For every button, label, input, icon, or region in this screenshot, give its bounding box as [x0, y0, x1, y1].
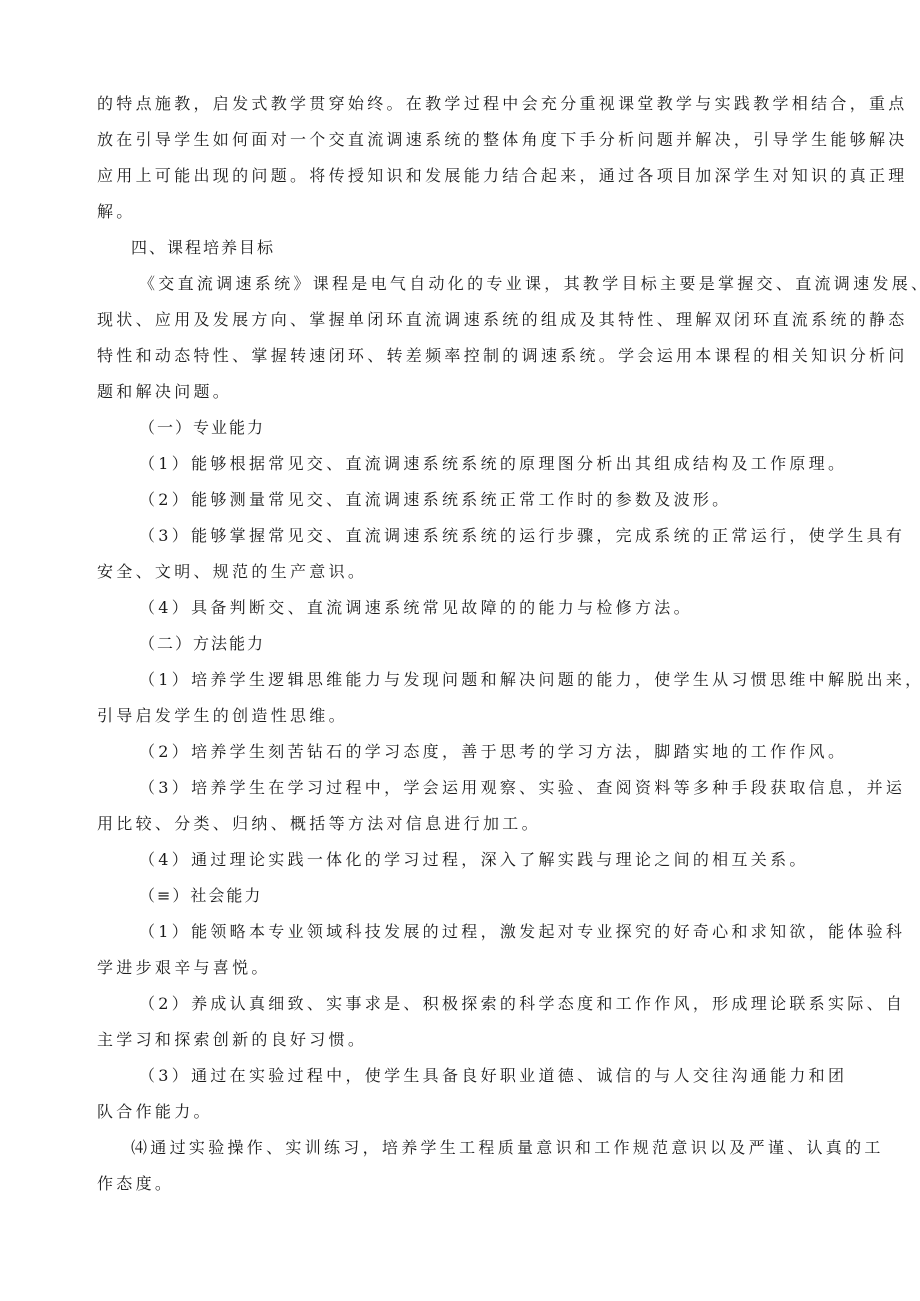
list-item-continuation: 学进步艰辛与喜悦。	[97, 950, 825, 986]
overview-line: 题和解决问题。	[97, 374, 825, 410]
list-item-continuation: 队合作能力。	[97, 1094, 825, 1130]
overview-line: 现状、应用及发展方向、掌握单闭环直流调速系统的组成及其特性、理解双闭环直流系统的…	[97, 302, 825, 338]
list-item-continuation: 引导启发学生的创造性思维。	[97, 698, 825, 734]
list-item: （1）培养学生逻辑思维能力与发现问题和解决问题的能力，使学生从习惯思维中解脱出来…	[97, 662, 825, 698]
overview-line: 《交直流调速系统》课程是电气自动化的专业课，其教学目标主要是掌握交、直流调速发展…	[97, 266, 825, 302]
list-item: （3）通过在实验过程中，使学生具备良好职业道德、诚信的与人交往沟通能力和团	[97, 1058, 825, 1094]
social-ability-title: （≡）社会能力	[97, 878, 825, 914]
section-title: 四、课程培养目标	[97, 230, 825, 266]
document-page: 的特点施教，启发式教学贯穿始终。在教学过程中会充分重视课堂教学与实践教学相结合，…	[97, 86, 825, 1202]
list-item-continuation: 安全、文明、规范的生产意识。	[97, 554, 825, 590]
list-item: （3）培养学生在学习过程中，学会运用观察、实验、查阅资料等多种手段获取信息，并运	[97, 770, 825, 806]
list-item-continuation: 主学习和探索创新的良好习惯。	[97, 1022, 825, 1058]
list-item: ⑷通过实验操作、实训练习，培养学生工程质量意识和工作规范意识以及严谨、认真的工	[97, 1130, 825, 1166]
list-item: （3）能够掌握常见交、直流调速系统系统的运行步骤，完成系统的正常运行，使学生具有	[97, 518, 825, 554]
list-item: （2）能够测量常见交、直流调速系统系统正常工作时的参数及波形。	[97, 482, 825, 518]
professional-ability-title: （一）专业能力	[97, 410, 825, 446]
intro-line: 解。	[97, 194, 825, 230]
intro-line: 的特点施教，启发式教学贯穿始终。在教学过程中会充分重视课堂教学与实践教学相结合，…	[97, 86, 825, 122]
overview-line: 特性和动态特性、掌握转速闭环、转差频率控制的调速系统。学会运用本课程的相关知识分…	[97, 338, 825, 374]
list-item-continuation: 作态度。	[97, 1166, 825, 1202]
list-item: （2）培养学生刻苦钻石的学习态度，善于思考的学习方法，脚踏实地的工作作风。	[97, 734, 825, 770]
list-item: （4）具备判断交、直流调速系统常见故障的的能力与检修方法。	[97, 590, 825, 626]
intro-line: 放在引导学生如何面对一个交直流调速系统的整体角度下手分析问题并解决，引导学生能够…	[97, 122, 825, 158]
list-item: （2）养成认真细致、实事求是、积极探索的科学态度和工作作风，形成理论联系实际、自	[97, 986, 825, 1022]
list-item-continuation: 用比较、分类、归纳、概括等方法对信息进行加工。	[97, 806, 825, 842]
list-item: （1）能够根据常见交、直流调速系统系统的原理图分析出其组成结构及工作原理。	[97, 446, 825, 482]
method-ability-title: （二）方法能力	[97, 626, 825, 662]
list-item: （1）能领略本专业领域科技发展的过程，激发起对专业探究的好奇心和求知欲，能体验科	[97, 914, 825, 950]
list-item: （4）通过理论实践一体化的学习过程，深入了解实践与理论之间的相互关系。	[97, 842, 825, 878]
intro-line: 应用上可能出现的问题。将传授知识和发展能力结合起来，通过各项目加深学生对知识的真…	[97, 158, 825, 194]
